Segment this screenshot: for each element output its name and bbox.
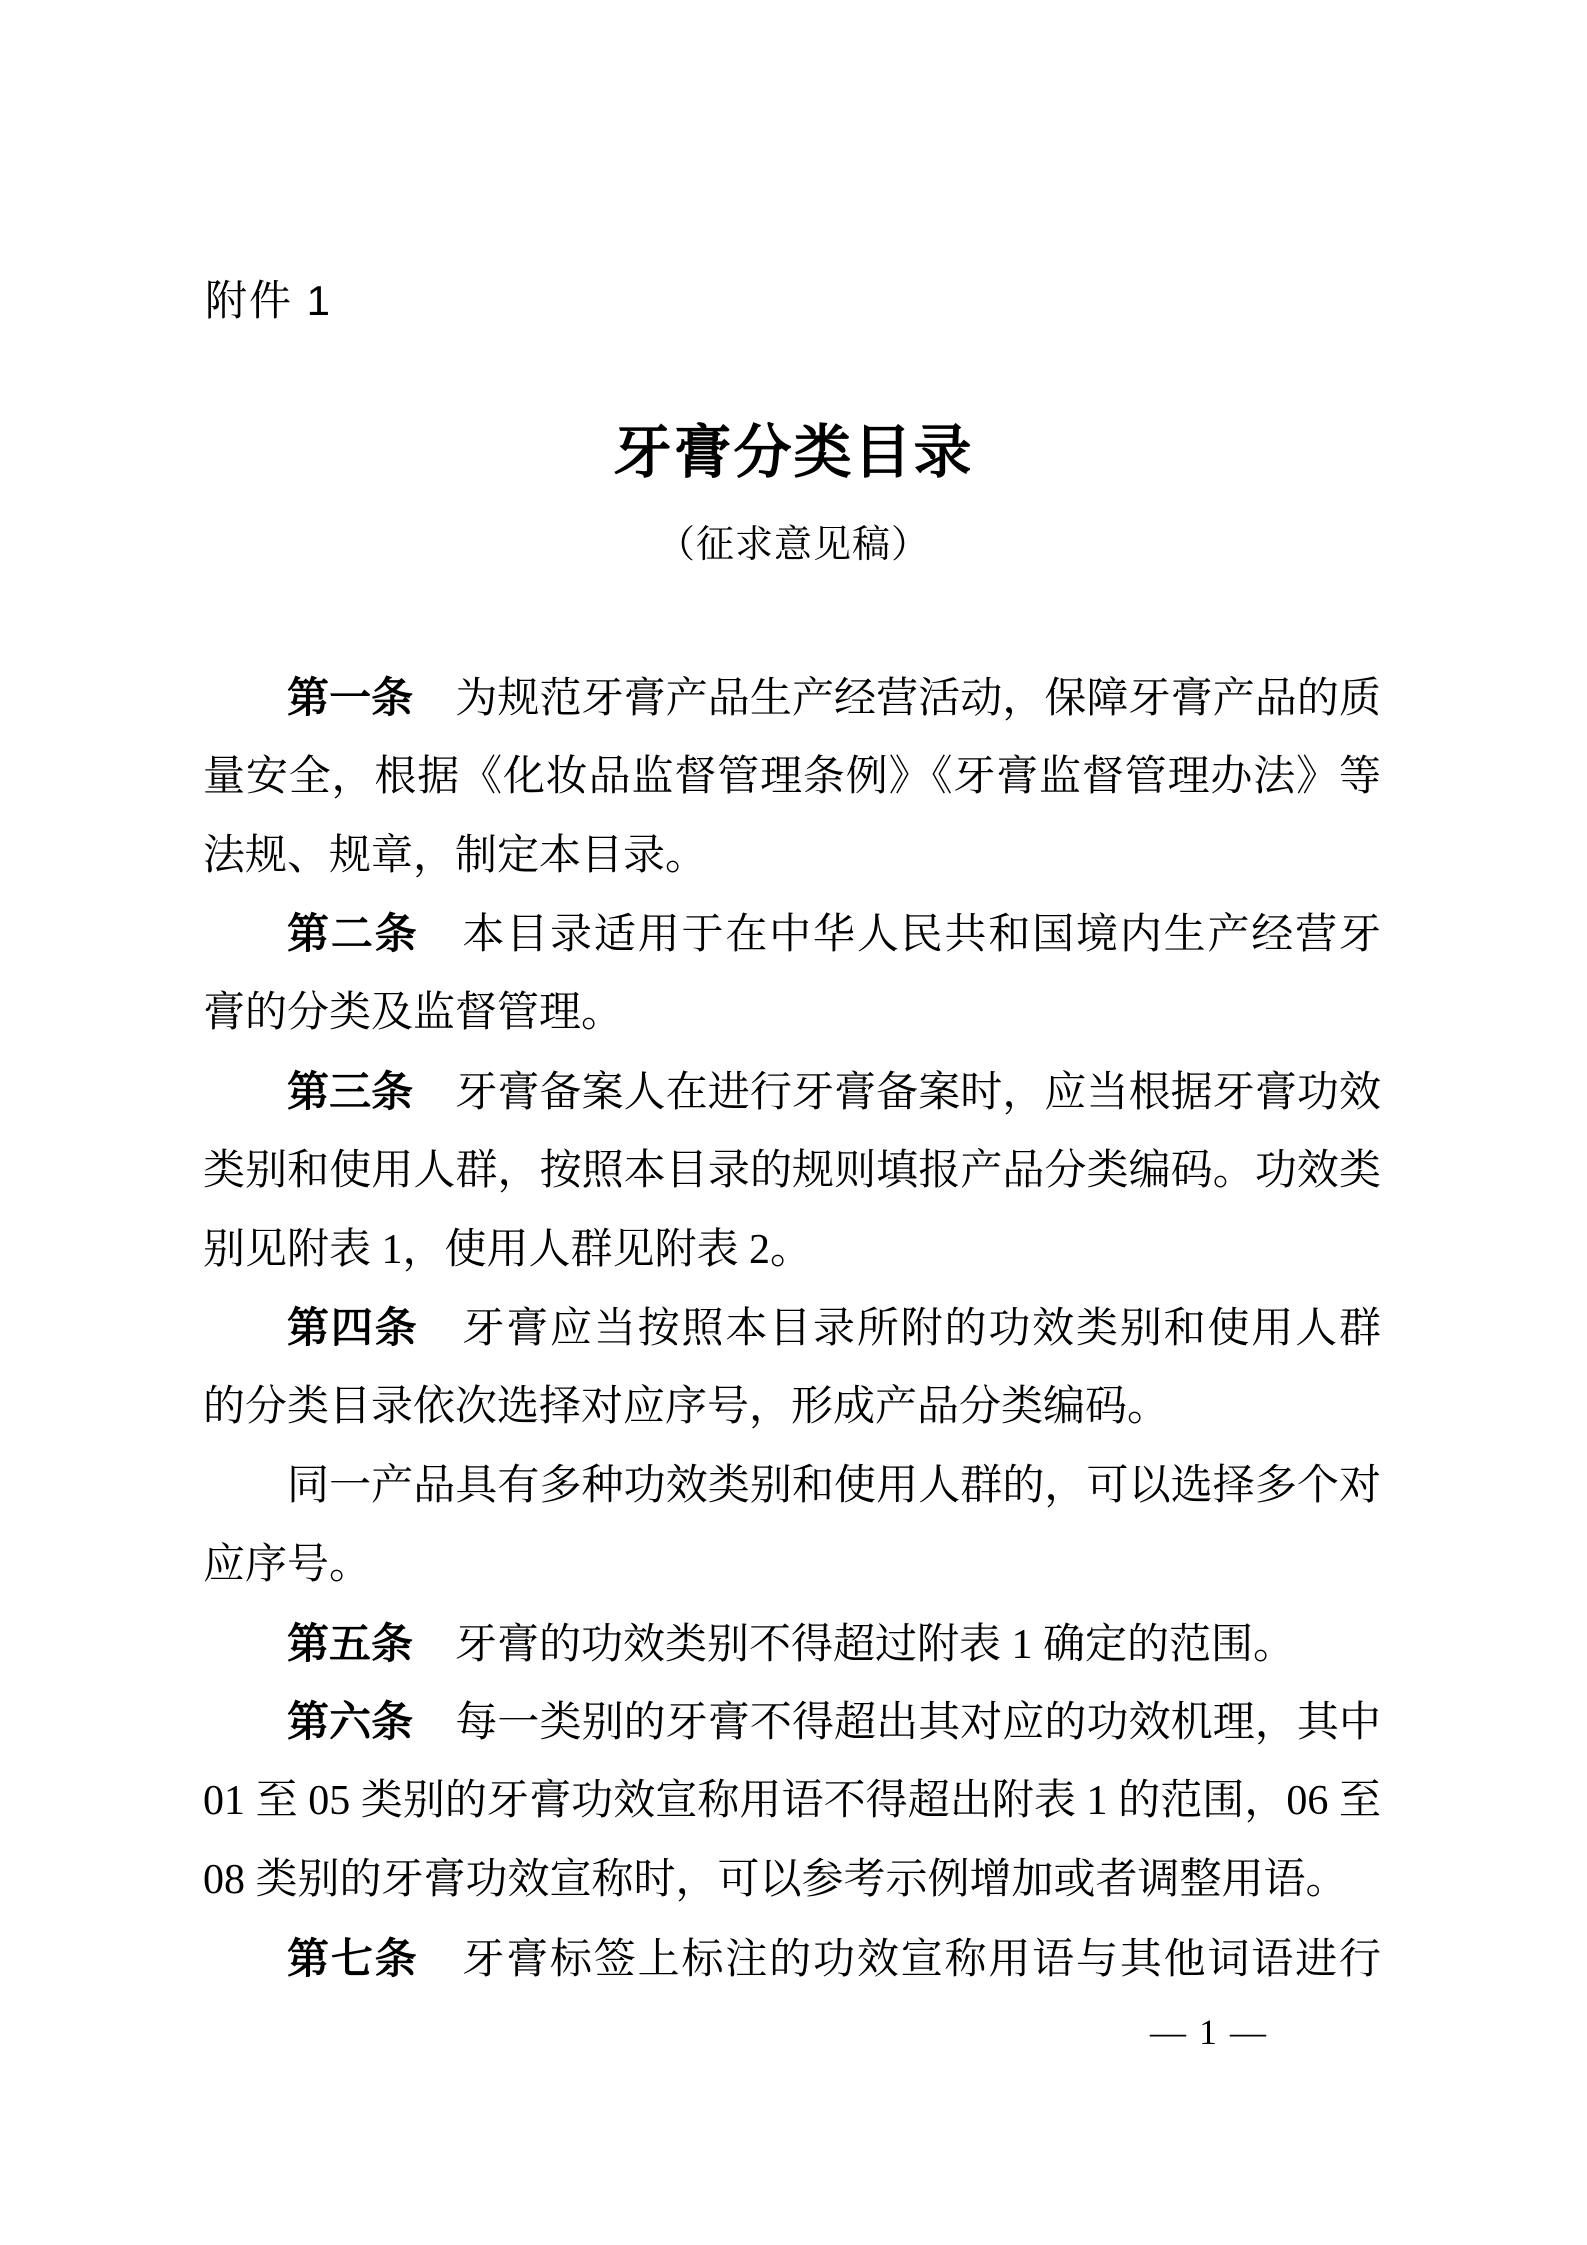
line-text: 类别和使用人群，按照本目录的规则填报产品分类编码。功效类 <box>203 1148 1381 1194</box>
line-text: 别见附表 1，使用人群见附表 2。 <box>203 1227 812 1273</box>
document-page: 附件 1 牙膏分类目录 （征求意见稿） 第一条 为规范牙膏产品生产经营活动，保障… <box>0 0 1587 2245</box>
document-subtitle: （征求意见稿） <box>0 522 1587 568</box>
article-number: 第五条 <box>287 1620 413 1667</box>
body-line: 第三条 牙膏备案人在进行牙膏备案时，应当根据牙膏功效 <box>203 1053 1381 1132</box>
body-line: 膏的分类及监督管理。 <box>203 974 1381 1053</box>
body-line: 类别和使用人群，按照本目录的规则填报产品分类编码。功效类 <box>203 1132 1381 1211</box>
line-text: 08 类别的牙膏功效宣称时，可以参考示例增加或者调整用语。 <box>203 1857 1348 1903</box>
body-line: 第五条 牙膏的功效类别不得超过附表 1 确定的范围。 <box>203 1605 1381 1684</box>
article-number: 第三条 <box>287 1068 413 1115</box>
line-text: 牙膏标签上标注的功效宣称用语与其他词语进行 <box>419 1937 1381 1983</box>
body-line: 法规、规章，制定本目录。 <box>203 817 1381 896</box>
body-line: 01 至 05 类别的牙膏功效宣称用语不得超出附表 1 的范围，06 至 <box>203 1762 1381 1841</box>
body-line: 第二条 本目录适用于在中华人民共和国境内生产经营牙 <box>203 895 1381 974</box>
article-number: 第一条 <box>287 674 413 721</box>
body-line: 别见附表 1，使用人群见附表 2。 <box>203 1211 1381 1290</box>
line-text: 为规范牙膏产品生产经营活动，保障牙膏产品的质 <box>413 676 1381 722</box>
line-text: 应序号。 <box>203 1542 371 1588</box>
body-line: 第四条 牙膏应当按照本目录所附的功效类别和使用人群 <box>203 1289 1381 1368</box>
line-text: 同一产品具有多种功效类别和使用人群的，可以选择多个对 <box>287 1463 1381 1509</box>
article-number: 第二条 <box>287 910 419 957</box>
line-text: 法规、规章，制定本目录。 <box>203 833 707 879</box>
line-text: 的分类目录依次选择对应序号，形成产品分类编码。 <box>203 1384 1169 1430</box>
line-text: 量安全，根据《化妆品监督管理条例》《牙膏监督管理办法》等 <box>203 754 1381 800</box>
attachment-label: 附件 1 <box>205 276 332 326</box>
article-number: 第四条 <box>287 1304 419 1351</box>
line-text: 本目录适用于在中华人民共和国境内生产经营牙 <box>419 912 1381 958</box>
body-line: 08 类别的牙膏功效宣称时，可以参考示例增加或者调整用语。 <box>203 1841 1381 1920</box>
line-text: 牙膏的功效类别不得超过附表 1 确定的范围。 <box>413 1622 1295 1668</box>
article-number: 第七条 <box>287 1935 419 1982</box>
article-number: 第六条 <box>287 1698 413 1745</box>
body-line: 第六条 每一类别的牙膏不得超出其对应的功效机理，其中 <box>203 1683 1381 1762</box>
document-title: 牙膏分类目录 <box>0 420 1587 486</box>
line-text: 牙膏备案人在进行牙膏备案时，应当根据牙膏功效 <box>413 1070 1381 1116</box>
line-text: 牙膏应当按照本目录所附的功效类别和使用人群 <box>419 1306 1381 1352</box>
body-line: 的分类目录依次选择对应序号，形成产品分类编码。 <box>203 1368 1381 1447</box>
body-line: 第一条 为规范牙膏产品生产经营活动，保障牙膏产品的质 <box>203 659 1381 738</box>
body-line: 第七条 牙膏标签上标注的功效宣称用语与其他词语进行 <box>203 1920 1381 1999</box>
body-line: 量安全，根据《化妆品监督管理条例》《牙膏监督管理办法》等 <box>203 738 1381 817</box>
line-text: 01 至 05 类别的牙膏功效宣称用语不得超出附表 1 的范围，06 至 <box>203 1778 1381 1824</box>
page-number: — 1 — <box>1150 2010 1450 2054</box>
line-text: 膏的分类及监督管理。 <box>203 990 623 1036</box>
line-text: 每一类别的牙膏不得超出其对应的功效机理，其中 <box>413 1700 1381 1746</box>
body-line: 应序号。 <box>203 1526 1381 1605</box>
body-text: 第一条 为规范牙膏产品生产经营活动，保障牙膏产品的质量安全，根据《化妆品监督管理… <box>203 659 1381 1999</box>
body-line: 同一产品具有多种功效类别和使用人群的，可以选择多个对 <box>203 1447 1381 1526</box>
